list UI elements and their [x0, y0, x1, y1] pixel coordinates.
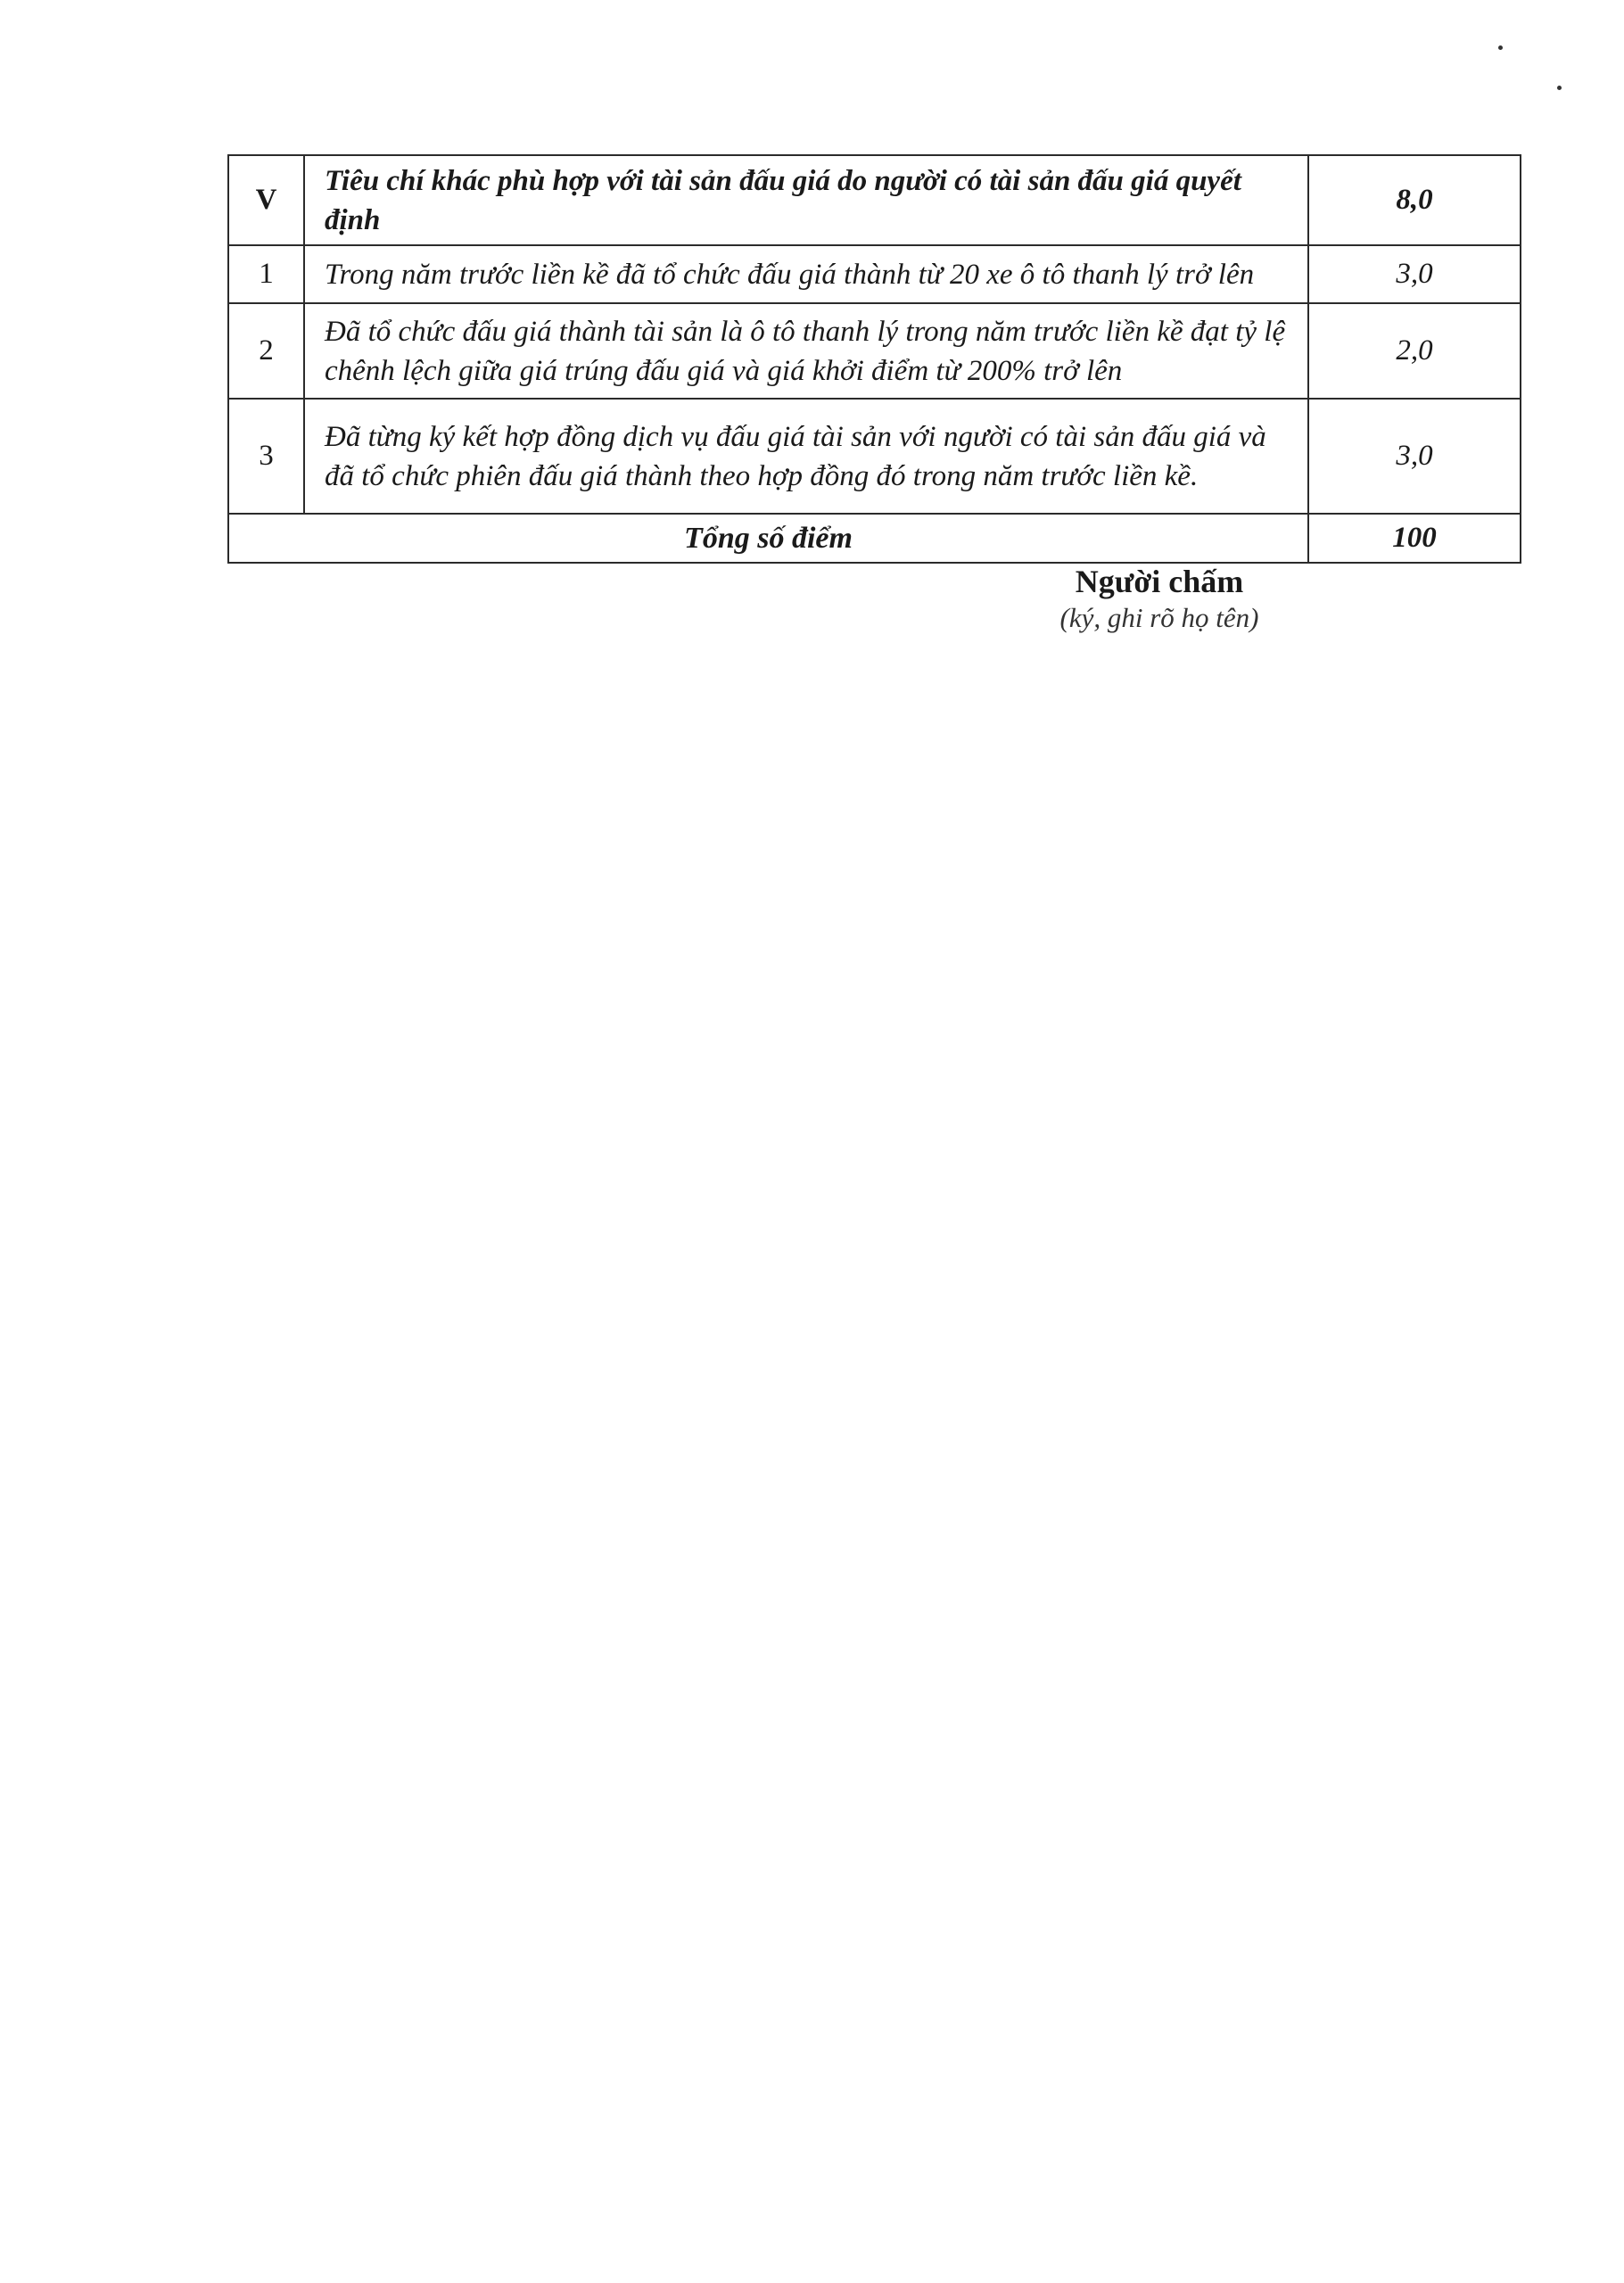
scan-speck [1498, 45, 1503, 50]
section-score: 8,0 [1308, 155, 1521, 245]
section-row: V Tiêu chí khác phù hợp với tài sản đấu … [228, 155, 1521, 245]
row-score: 2,0 [1308, 303, 1521, 399]
total-label: Tổng số điểm [228, 514, 1308, 563]
row-score: 3,0 [1308, 245, 1521, 303]
scan-speck [1557, 86, 1562, 90]
row-number: 1 [228, 245, 304, 303]
row-description: Đã tổ chức đấu giá thành tài sản là ô tô… [304, 303, 1308, 399]
signature-title: Người chấm [981, 562, 1338, 601]
row-number: 3 [228, 399, 304, 514]
signature-block: Người chấm (ký, ghi rõ họ tên) [981, 562, 1338, 635]
total-row: Tổng số điểm 100 [228, 514, 1521, 563]
total-score: 100 [1308, 514, 1521, 563]
scoring-criteria-table: V Tiêu chí khác phù hợp với tài sản đấu … [227, 154, 1521, 564]
table-row: 3 Đã từng ký kết hợp đồng dịch vụ đấu gi… [228, 399, 1521, 514]
row-description: Trong năm trước liền kề đã tổ chức đấu g… [304, 245, 1308, 303]
signature-note: (ký, ghi rõ họ tên) [981, 601, 1338, 635]
table-row: 1 Trong năm trước liền kề đã tổ chức đấu… [228, 245, 1521, 303]
section-description: Tiêu chí khác phù hợp với tài sản đấu gi… [304, 155, 1308, 245]
row-description: Đã từng ký kết hợp đồng dịch vụ đấu giá … [304, 399, 1308, 514]
row-score: 3,0 [1308, 399, 1521, 514]
table-row: 2 Đã tổ chức đấu giá thành tài sản là ô … [228, 303, 1521, 399]
section-number: V [228, 155, 304, 245]
row-number: 2 [228, 303, 304, 399]
